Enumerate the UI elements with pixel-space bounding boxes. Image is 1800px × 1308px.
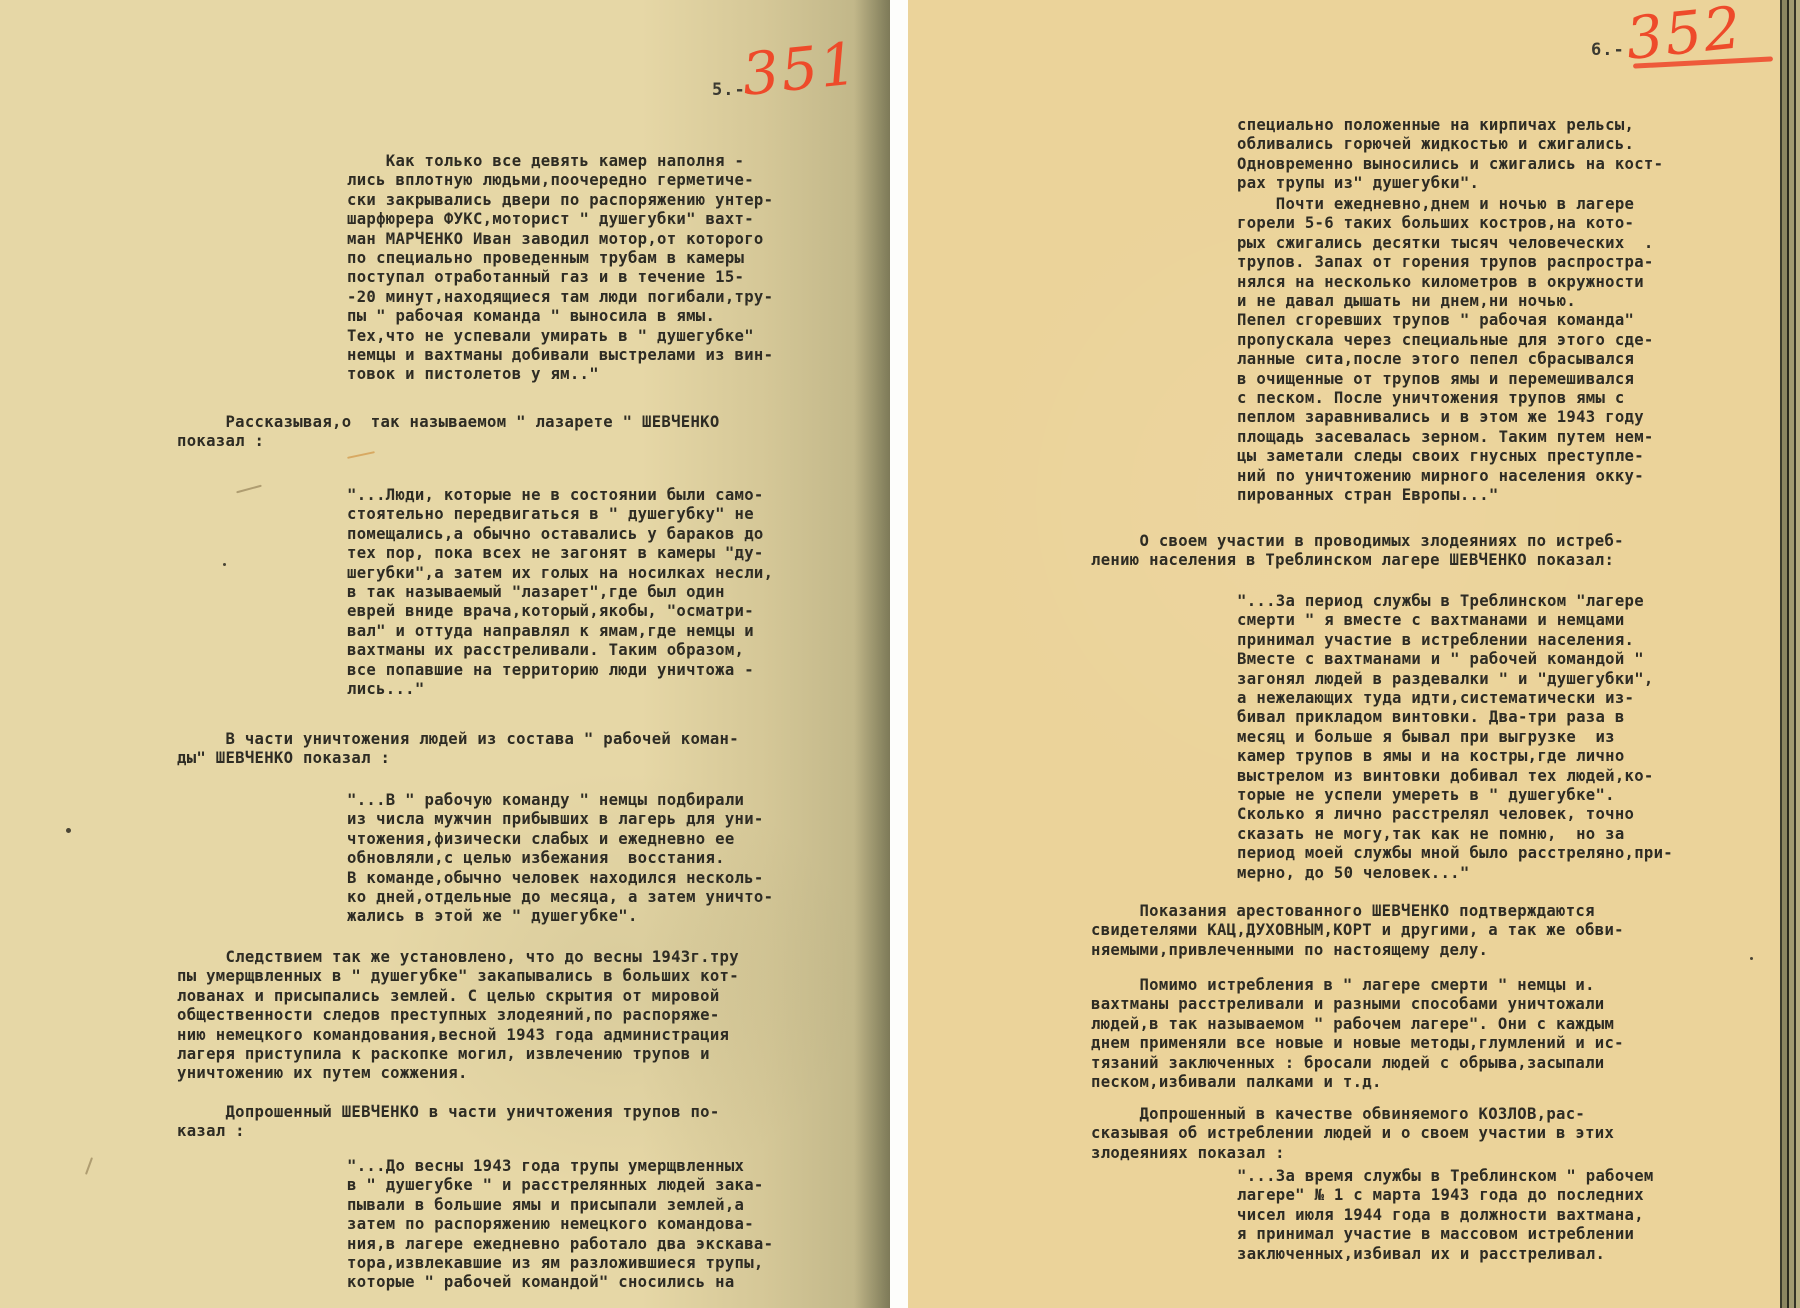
archive-folio-stamp: 351: [739, 34, 861, 104]
text-line: О своем участии в проводимых злодеяниях …: [1091, 532, 1624, 551]
text-line: "...За время службы в Треблинском " рабо…: [1237, 1167, 1654, 1186]
text-line: "...До весны 1943 года трупы умерщвленны…: [347, 1157, 773, 1176]
text-line: вахтманы их расстреливали. Таким образом…: [347, 641, 773, 660]
text-line: лению населения в Треблинском лагере ШЕВ…: [1091, 551, 1624, 570]
text-line: ний по уничтожению мирного населения окк…: [1237, 467, 1654, 486]
text-line: период моей службы мной было расстреляно…: [1237, 844, 1673, 863]
text-line: поступал отработанный газ и в течение 15…: [347, 268, 773, 287]
text-line: а нежелающих туда идти,систематически из…: [1237, 689, 1673, 708]
text-line: шарфюрера ФУКС,моторист " душегубки" вах…: [347, 210, 773, 229]
paragraph-investigation-findings: Следствием так же установлено, что до ве…: [177, 948, 739, 1084]
text-line: стоятельно передвигаться в " душегубку" …: [347, 505, 773, 524]
text-line: лованах и присыпались землей. С целью ск…: [177, 987, 739, 1006]
text-line: "...Люди, которые не в состоянии были са…: [347, 486, 773, 505]
text-line: Рассказывая,о так называемом " лазарете …: [177, 413, 720, 432]
text-line: Сколько я лично расстрелял человек, точн…: [1237, 805, 1673, 824]
text-line: цы заметали следы своих гнусных преступл…: [1237, 447, 1654, 466]
text-line: "...За период службы в Треблинском "лаге…: [1237, 592, 1673, 611]
paragraph-participation-intro: О своем участии в проводимых злодеяниях …: [1091, 532, 1624, 571]
text-line: пеплом заравнивались и в этом же 1943 го…: [1237, 408, 1654, 427]
text-line: бивал прикладом винтовки. Два-три раза в: [1237, 708, 1673, 727]
quote-lazaret-testimony: "...Люди, которые не в состоянии были са…: [347, 486, 773, 699]
text-line: показал :: [177, 432, 720, 451]
text-line: тех пор, пока всех не загонят в камеры "…: [347, 544, 773, 563]
text-line: Тех,что не успевали умирать в " душегубк…: [347, 327, 773, 346]
text-line: "...В " рабочую команду " немцы подбирал…: [347, 791, 773, 810]
text-line: Следствием так же установлено, что до ве…: [177, 948, 739, 967]
text-line: товок и пистолетов у ям..": [347, 365, 773, 384]
paper-scratch: [236, 485, 262, 494]
document-page-right: 6.- 352 специально положенные на кирпича…: [908, 0, 1800, 1308]
text-line: горели 5-6 таких больших костров,на кото…: [1237, 214, 1654, 233]
text-line: нялся на несколько километров в окружнос…: [1237, 273, 1654, 292]
text-line: пропускала через специальные для этого с…: [1237, 331, 1654, 350]
quote-continuation-burning: специально положенные на кирпичах рельсы…: [1237, 116, 1663, 194]
paragraph-corpse-destruction-intro: Допрошенный ШЕВЧЕНКО в части уничтожения…: [177, 1103, 720, 1142]
text-line: нию немецкого командования,весной 1943 г…: [177, 1026, 739, 1045]
paper-speck: [223, 563, 226, 566]
text-line: заключенных,избивал их и расстреливал.: [1237, 1245, 1654, 1264]
paragraph-kozlov-intro: Допрошенный в качестве обвиняемого КОЗЛО…: [1091, 1105, 1614, 1163]
text-line: сказать не могу,так как не помню, но за: [1237, 825, 1673, 844]
document-page-left: 5.- 351 Как только все девять камер напо…: [0, 0, 890, 1308]
text-line: еврей вниде врача,который,якобы, "осматр…: [347, 602, 773, 621]
text-line: чисел июля 1944 года в должности вахтман…: [1237, 1206, 1654, 1225]
text-line: ды" ШЕВЧЕНКО показал :: [177, 749, 739, 768]
quote-kozlov-testimony: "...За время службы в Треблинском " рабо…: [1237, 1167, 1654, 1264]
text-line: Как только все девять камер наполня -: [347, 152, 773, 171]
text-line: уничтожению их путем сожжения.: [177, 1064, 739, 1083]
text-line: площадь засевалась зерном. Таким путем н…: [1237, 428, 1654, 447]
text-line: ланные сита,после этого пепел сбрасывалс…: [1237, 350, 1654, 369]
text-line: Допрошенный в качестве обвиняемого КОЗЛО…: [1091, 1105, 1614, 1124]
page-spread-gap: [890, 0, 908, 1308]
text-line: пывали в большие ямы и присыпали землей,…: [347, 1196, 773, 1215]
text-line: пы " рабочая команда " выносила в ямы.: [347, 307, 773, 326]
text-line: месяц и больше я бывал при выгрузке из: [1237, 728, 1673, 747]
text-line: выстрелом из винтовки добивал тех людей,…: [1237, 767, 1673, 786]
text-line: пы умерщвленных в " душегубке" закапывал…: [177, 967, 739, 986]
paper-scratch: [347, 451, 375, 459]
text-line: Пепел сгоревших трупов " рабочая команда…: [1237, 311, 1654, 330]
text-line: ния,в лагере ежедневно работало два экск…: [347, 1235, 773, 1254]
paragraph-witness-confirmation: Показания арестованного ШЕВЧЕНКО подтвер…: [1091, 902, 1624, 960]
text-line: в так называемый "лазарет",где был один: [347, 583, 773, 602]
text-line: лагере" № 1 с марта 1943 года до последн…: [1237, 1186, 1654, 1205]
text-line: Показания арестованного ШЕВЧЕНКО подтвер…: [1091, 902, 1624, 921]
text-line: обновляли,с целью избежания восстания.: [347, 849, 773, 868]
text-line: загонял людей в раздевалки " и "душегубк…: [1237, 670, 1673, 689]
text-line: которые " рабочей командой" сносились на: [347, 1273, 773, 1292]
text-line: в " душегубке " и расстрелянных людей за…: [347, 1176, 773, 1195]
quote-corpse-destruction-testimony: "...До весны 1943 года трупы умерщвленны…: [347, 1157, 773, 1293]
text-line: в очищенные от трупов ямы и перемешивалс…: [1237, 370, 1654, 389]
paragraph-work-team-intro: В части уничтожения людей из состава " р…: [177, 730, 739, 769]
typed-page-number: 6.-: [1591, 40, 1625, 60]
text-line: обливались горючей жидкостью и сжигались…: [1237, 135, 1663, 154]
paragraph-lazaret-intro: Рассказывая,о так называемом " лазарете …: [177, 413, 720, 452]
text-line: -20 минут,находящиеся там люди погибали,…: [347, 288, 773, 307]
text-line: В команде,обычно человек находился неско…: [347, 869, 773, 888]
text-line: свидетелями КАЦ,ДУХОВНЫМ,КОРТ и другими,…: [1091, 921, 1624, 940]
text-line: и не давал дышать ни днем,ни ночью.: [1237, 292, 1654, 311]
text-line: лись...": [347, 680, 773, 699]
text-line: жались в этой же " душегубке".: [347, 907, 773, 926]
binding-edge: [1780, 0, 1800, 1308]
quote-continuation-pyres: Почти ежедневно,днем и ночью в лагерегор…: [1237, 195, 1654, 506]
text-line: тора,извлекавшие из ям разложившиеся тру…: [347, 1254, 773, 1273]
text-line: лагеря приступила к раскопке могил, извл…: [177, 1045, 739, 1064]
text-line: рых сжигались десятки тысяч человеческих…: [1237, 234, 1654, 253]
text-line: все попавшие на территорию люди уничтожа…: [347, 661, 773, 680]
text-line: днем применяли все новые и новые методы,…: [1091, 1034, 1624, 1053]
text-line: злодеяниях показал :: [1091, 1144, 1614, 1163]
text-line: Одновременно выносились и сжигались на к…: [1237, 155, 1663, 174]
paragraph-gas-chambers-quote: Как только все девять камер наполня -лис…: [347, 152, 773, 385]
paper-speck: [66, 828, 71, 833]
text-line: затем по распоряжению немецкого командов…: [347, 1215, 773, 1234]
text-line: трупов. Запах от горения трупов распрост…: [1237, 253, 1654, 272]
text-line: казал :: [177, 1122, 720, 1141]
paper-speck: [1750, 957, 1753, 960]
text-line: ски закрывались двери по распоряжению ун…: [347, 191, 773, 210]
text-line: по специально проведенным трубам в камер…: [347, 249, 773, 268]
text-line: Помимо истребления в " лагере смерти " н…: [1091, 976, 1624, 995]
text-line: пированных стран Европы...": [1237, 486, 1654, 505]
paragraph-work-camp-methods: Помимо истребления в " лагере смерти " н…: [1091, 976, 1624, 1092]
text-line: общественности следов преступных злодеян…: [177, 1006, 739, 1025]
text-line: Вместе с вахтманами и " рабочей командой…: [1237, 650, 1673, 669]
text-line: специально положенные на кирпичах рельсы…: [1237, 116, 1663, 135]
text-line: людей,в так называемом " рабочем лагере"…: [1091, 1015, 1624, 1034]
text-line: мерно, до 50 человек...": [1237, 864, 1673, 883]
text-line: сказывая об истреблении людей и о своем …: [1091, 1124, 1614, 1143]
text-line: с песком. После уничтожения трупов ямы с: [1237, 389, 1654, 408]
text-line: торые не успели умереть в " душегубке".: [1237, 786, 1673, 805]
text-line: чтожения,физически слабых и ежедневно ее: [347, 830, 773, 849]
text-line: камер трупов в ямы и на костры,где лично: [1237, 747, 1673, 766]
text-line: Почти ежедневно,днем и ночью в лагере: [1237, 195, 1654, 214]
text-line: няемыми,привлеченными по настоящему делу…: [1091, 941, 1624, 960]
text-line: я принимал участие в массовом истреблени…: [1237, 1225, 1654, 1244]
quote-work-team-testimony: "...В " рабочую команду " немцы подбирал…: [347, 791, 773, 927]
text-line: вал" и оттуда направлял к ямам,где немцы…: [347, 622, 773, 641]
text-line: В части уничтожения людей из состава " р…: [177, 730, 739, 749]
paper-scratch: [85, 1157, 93, 1175]
text-line: из числа мужчин прибывших в лагерь для у…: [347, 810, 773, 829]
text-line: принимал участие в истреблении населения…: [1237, 631, 1673, 650]
text-line: помещались,а обычно оставались у бараков…: [347, 525, 773, 544]
text-line: тязаний заключенных : бросали людей с об…: [1091, 1054, 1624, 1073]
quote-participation-testimony: "...За период службы в Треблинском "лаге…: [1237, 592, 1673, 883]
text-line: ман МАРЧЕНКО Иван заводил мотор,от котор…: [347, 230, 773, 249]
text-line: смерти " я вместе с вахтманами и немцами: [1237, 611, 1673, 630]
page-gutter-shadow: [854, 0, 890, 1308]
text-line: немцы и вахтманы добивали выстрелами из …: [347, 346, 773, 365]
text-line: вахтманы расстреливали и разными способа…: [1091, 995, 1624, 1014]
text-line: Допрошенный ШЕВЧЕНКО в части уничтожения…: [177, 1103, 720, 1122]
text-line: рах трупы из" душегубки".: [1237, 174, 1663, 193]
text-line: песком,избивали палками и т.д.: [1091, 1073, 1624, 1092]
text-line: ко дней,отдельные до месяца, а затем уни…: [347, 888, 773, 907]
text-line: лись вплотную людьми,поочередно герметич…: [347, 171, 773, 190]
text-line: шегубки",а затем их голых на носилках не…: [347, 564, 773, 583]
typed-page-number: 5.-: [712, 80, 746, 100]
